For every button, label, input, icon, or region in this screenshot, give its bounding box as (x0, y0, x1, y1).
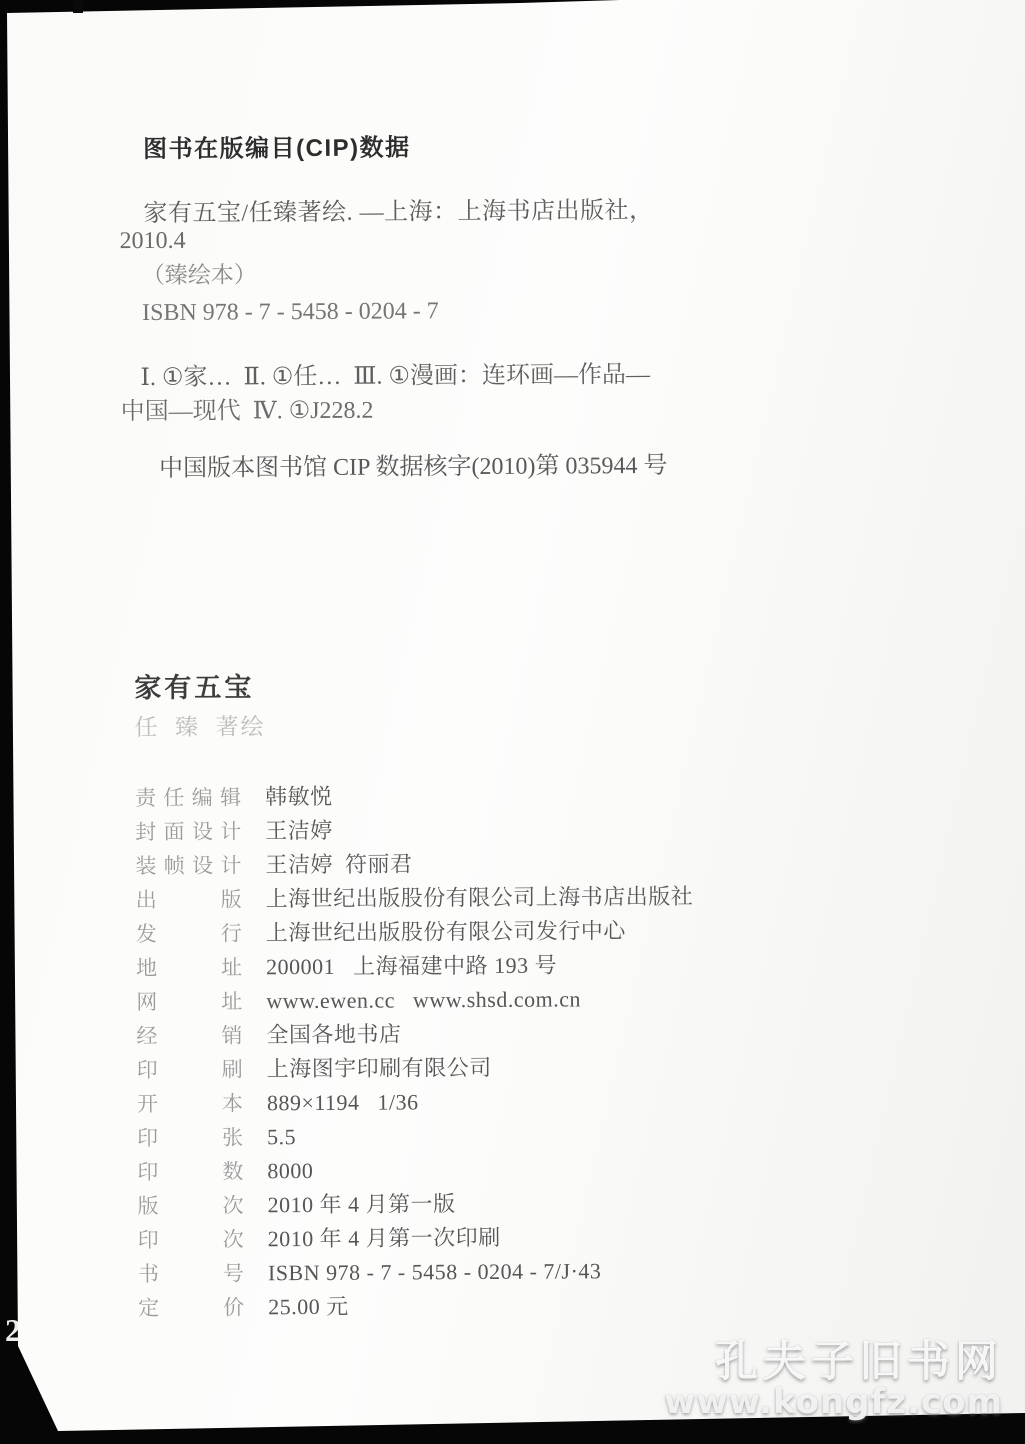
colophon-row-address: 地址 200001 上海福建中路 193 号 (136, 948, 694, 985)
colophon-value: 2010 年 4 月第一次印刷 (268, 1221, 501, 1256)
colophon-label: 开本 (137, 1087, 243, 1122)
colophon-label: 印刷 (137, 1053, 243, 1088)
colophon-row-print-run: 印数 8000 (137, 1152, 695, 1189)
colophon-value: 5.5 (267, 1120, 296, 1154)
book-title: 家有五宝 (134, 665, 254, 705)
colophon-value: ISBN 978 - 7 - 5458 - 0204 - 7/J·43 (268, 1254, 602, 1290)
cip-record-number-line: 中国版本图书馆 CIP 数据核字(2010)第 035944 号 (159, 445, 668, 483)
watermark: 孔夫子旧书网 www.kongfz.com (664, 1341, 1003, 1420)
colophon-label: 定价 (138, 1291, 244, 1326)
cip-classification-line2: 中国—现代 Ⅳ. ①J228.2 (121, 390, 374, 427)
colophon-value: 上海世纪出版股份有限公司上海书店出版社 (266, 880, 694, 917)
colophon-label: 发行 (136, 917, 242, 952)
colophon-value: 王洁婷 符丽君 (265, 847, 412, 882)
colophon-label: 网址 (136, 985, 242, 1020)
colophon-list: 责任编辑 韩敏悦 封面设计 王洁婷 装帧设计 王洁婷 符丽君 出版 上海世纪出版… (135, 778, 696, 1325)
colophon-label: 印张 (137, 1121, 243, 1156)
colophon-row-editor: 责任编辑 韩敏悦 (135, 778, 693, 815)
cip-series-note: （臻绘本） (142, 256, 257, 290)
cip-isbn-line: ISBN 978 - 7 - 5458 - 0204 - 7 (142, 298, 439, 327)
cip-classification-line1: Ⅰ. ①家… Ⅱ. ①任… Ⅲ. ①漫画：连环画—作品— (140, 354, 650, 392)
colophon-value: 上海图宇印刷有限公司 (267, 1051, 492, 1086)
watermark-site-name: 孔夫子旧书网 (664, 1341, 1003, 1385)
colophon-value: www.ewen.cc www.shsd.com.cn (266, 982, 581, 1018)
colophon-value: 2010 年 4 月第一版 (267, 1187, 455, 1222)
colophon-row-sales: 经销 全国各地书店 (136, 1016, 694, 1053)
colophon-value: 889×1194 1/36 (267, 1085, 419, 1120)
colophon-row-distributor: 发行 上海世纪出版股份有限公司发行中心 (136, 914, 694, 951)
colophon-value: 上海世纪出版股份有限公司发行中心 (266, 914, 626, 950)
colophon-value: 200001 上海福建中路 193 号 (266, 949, 557, 985)
colophon-row-sheets: 印张 5.5 (137, 1118, 695, 1155)
colophon-row-price: 定价 25.00 元 (138, 1288, 696, 1325)
colophon-row-impression: 印次 2010 年 4 月第一次印刷 (138, 1220, 696, 1257)
colophon-label: 印次 (138, 1223, 244, 1258)
colophon-label: 地址 (136, 951, 242, 986)
colophon-label: 出版 (136, 883, 242, 918)
colophon-row-website: 网址 www.ewen.cc www.shsd.com.cn (136, 982, 694, 1019)
colophon-value: 25.00 元 (268, 1290, 349, 1324)
colophon-label: 经销 (136, 1019, 242, 1054)
colophon-row-publisher: 出版 上海世纪出版股份有限公司上海书店出版社 (136, 880, 694, 917)
colophon-label: 书号 (138, 1257, 244, 1292)
page-content: 图书在版编目(CIP)数据 家有五宝/任臻著绘. —上海：上海书店出版社， 20… (0, 0, 1025, 1444)
book-copyright-page: 图书在版编目(CIP)数据 家有五宝/任臻著绘. —上海：上海书店出版社， 20… (0, 0, 1025, 1444)
colophon-value: 8000 (267, 1154, 313, 1188)
colophon-row-format: 开本 889×1194 1/36 (137, 1084, 695, 1121)
scan-binder-notch (73, 0, 83, 13)
colophon-value: 王洁婷 (265, 814, 333, 848)
colophon-label: 装帧设计 (135, 849, 241, 884)
colophon-row-edition: 版次 2010 年 4 月第一版 (137, 1186, 695, 1223)
cip-heading: 图书在版编目(CIP)数据 (143, 127, 411, 164)
cip-entry-line1: 家有五宝/任臻著绘. —上海：上海书店出版社， (143, 190, 653, 228)
colophon-row-layout-design: 装帧设计 王洁婷 符丽君 (135, 846, 693, 883)
colophon-row-printer: 印刷 上海图宇印刷有限公司 (137, 1050, 695, 1087)
colophon-label: 封面设计 (135, 815, 241, 850)
scanned-page-photo: 2 图书在版编目(CIP)数据 家有五宝/任臻著绘. —上海：上海书店出版社， … (0, 0, 1025, 1444)
colophon-row-cover-design: 封面设计 王洁婷 (135, 812, 693, 849)
colophon-label: 印数 (137, 1155, 243, 1190)
colophon-label: 责任编辑 (135, 781, 241, 816)
cip-entry-line2: 2010.4 (120, 228, 186, 255)
book-author: 任 臻 著绘 (134, 708, 265, 742)
watermark-site-url: www.kongfz.com (664, 1385, 1003, 1420)
colophon-value: 韩敏悦 (265, 780, 333, 814)
colophon-row-book-number: 书号 ISBN 978 - 7 - 5458 - 0204 - 7/J·43 (138, 1254, 696, 1291)
colophon-label: 版次 (137, 1189, 243, 1224)
colophon-value: 全国各地书店 (266, 1017, 401, 1052)
